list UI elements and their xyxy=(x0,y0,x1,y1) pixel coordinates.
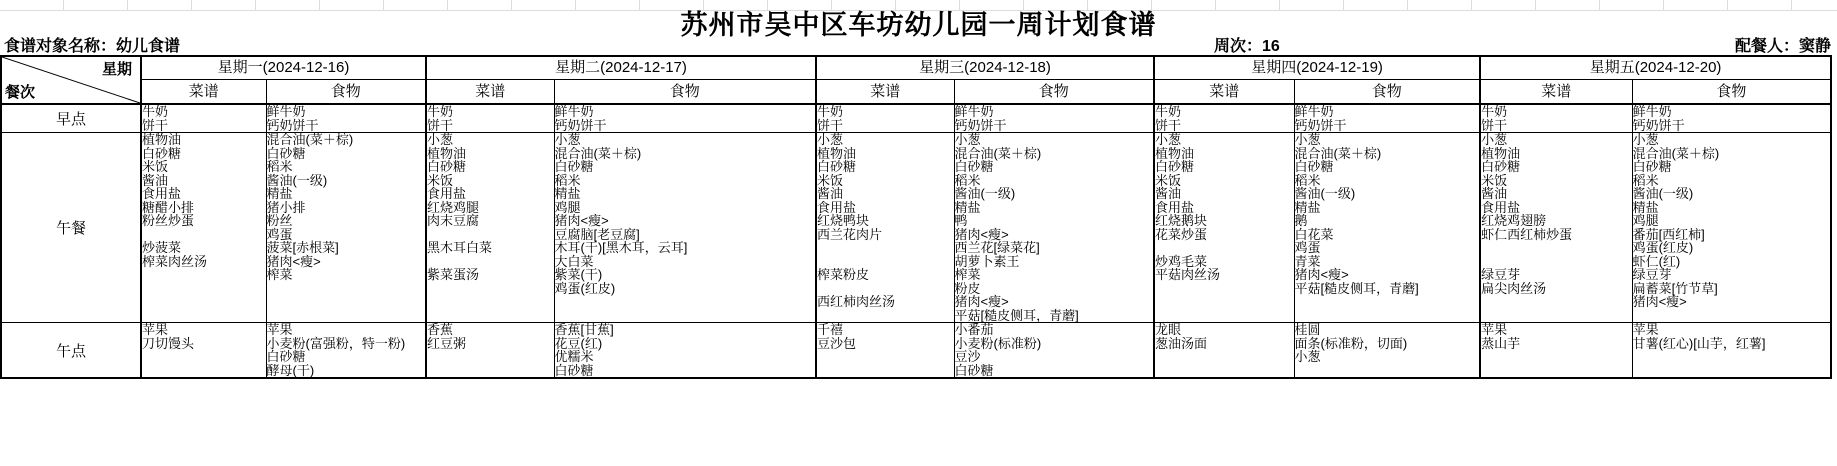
food-line: 香蕉[甘蕉] xyxy=(555,323,816,337)
food-line: 精盐 xyxy=(267,187,426,201)
menu-line: 扁尖肉丝汤 xyxy=(1481,282,1632,296)
food-column-header: 食物 xyxy=(954,80,1154,105)
food-line: 鸡蛋(红皮) xyxy=(1633,241,1831,255)
menu-line: 白砂糖 xyxy=(1155,160,1294,174)
menu-column-header: 菜谱 xyxy=(426,80,554,105)
food-line: 桂圆 xyxy=(1295,323,1480,337)
menu-line xyxy=(817,282,954,296)
food-line: 甘薯(红心)[山芋，红薯] xyxy=(1633,337,1831,351)
menu-line: 牛奶 xyxy=(1481,105,1632,119)
food-line: 小葱 xyxy=(1633,133,1831,147)
menu-line xyxy=(1481,241,1632,255)
food-column-header: 食物 xyxy=(266,80,426,105)
meal-row-label: 午餐 xyxy=(1,133,141,323)
food-line: 扁蓄菜[竹节草] xyxy=(1633,282,1831,296)
food-line: 大白菜 xyxy=(555,255,816,269)
food-line: 猪肉<瘦> xyxy=(1633,295,1831,309)
menu-line: 红烧鸭块 xyxy=(817,214,954,228)
menu-line: 粉丝炒蛋 xyxy=(142,214,266,228)
food-cell-day-3: 小葱混合油(菜＋棕)白砂糖稻米酱油(一级)精盐鸭猪肉<瘦>西兰花[绿菜花]胡萝卜… xyxy=(954,133,1154,323)
subheader-row: 菜谱食物菜谱食物菜谱食物菜谱食物菜谱食物 xyxy=(1,80,1831,105)
menu-line: 红烧鹅块 xyxy=(1155,214,1294,228)
menu-column-header: 菜谱 xyxy=(141,80,266,105)
food-line: 白砂糖 xyxy=(1295,160,1480,174)
food-line: 钙奶饼干 xyxy=(555,119,816,133)
food-line: 精盐 xyxy=(555,187,816,201)
corner-meal-label: 餐次 xyxy=(5,81,35,102)
menu-line xyxy=(142,228,266,242)
food-line: 小葱 xyxy=(555,133,816,147)
food-cell-day-3: 小番茄小麦粉(标准粉)豆沙白砂糖 xyxy=(954,323,1154,379)
food-line: 白砂糖 xyxy=(955,160,1154,174)
food-cell-day-2: 小葱混合油(菜＋棕)白砂糖稻米精盐鸡腿猪肉<瘦>豆腐脑[老豆腐]木耳(干)[黑木… xyxy=(554,133,816,323)
day-header-1: 星期一(2024-12-16) xyxy=(141,56,426,80)
food-line: 番茄[西红柿] xyxy=(1633,228,1831,242)
menu-line: 榨菜粉皮 xyxy=(817,268,954,282)
food-line: 苹果 xyxy=(1633,323,1831,337)
food-line: 稻米 xyxy=(1295,174,1480,188)
menu-line xyxy=(427,228,554,242)
food-line: 钙奶饼干 xyxy=(1633,119,1831,133)
day-header-2: 星期二(2024-12-17) xyxy=(426,56,816,80)
food-line: 酱油(一级) xyxy=(1633,187,1831,201)
meal-row-label: 午点 xyxy=(1,323,141,379)
menu-line: 食用盐 xyxy=(817,201,954,215)
food-line: 鸡腿 xyxy=(555,201,816,215)
food-line: 绿豆芽 xyxy=(1633,268,1831,282)
menu-line: 食用盐 xyxy=(142,187,266,201)
menu-column-header: 菜谱 xyxy=(816,80,954,105)
food-line: 白砂糖 xyxy=(267,350,426,364)
food-line: 酱油(一级) xyxy=(267,174,426,188)
food-line: 豆沙 xyxy=(955,350,1154,364)
menu-line: 西兰花肉片 xyxy=(817,228,954,242)
menu-line: 植物油 xyxy=(1481,147,1632,161)
food-cell-day-1: 苹果小麦粉(富强粉，特一粉)白砂糖酵母(干) xyxy=(266,323,426,379)
menu-line: 牛奶 xyxy=(1155,105,1294,119)
food-line: 紫菜(干) xyxy=(555,268,816,282)
food-cell-day-4: 小葱混合油(菜＋棕)白砂糖稻米酱油(一级)精盐鹅白花菜鸡蛋青菜猪肉<瘦>平菇[糙… xyxy=(1294,133,1480,323)
food-line: 钙奶饼干 xyxy=(1295,119,1480,133)
food-line: 鲜牛奶 xyxy=(555,105,816,119)
menu-line xyxy=(1155,241,1294,255)
menu-cell-day-3: 牛奶饼干 xyxy=(816,104,954,133)
food-line: 酱油(一级) xyxy=(1295,187,1480,201)
food-line: 猪肉<瘦> xyxy=(1295,268,1480,282)
food-line: 木耳(干)[黑木耳，云耳] xyxy=(555,241,816,255)
food-line: 混合油(菜＋棕) xyxy=(267,133,426,147)
menu-line: 炒鸡毛菜 xyxy=(1155,255,1294,269)
menu-line: 酱油 xyxy=(817,187,954,201)
food-line: 白砂糖 xyxy=(267,147,426,161)
food-line: 白砂糖 xyxy=(955,364,1154,378)
menu-column-header: 菜谱 xyxy=(1480,80,1632,105)
menu-line: 榨菜肉丝汤 xyxy=(142,255,266,269)
menu-line: 小葱 xyxy=(1155,133,1294,147)
food-line: 菠菜[赤根菜] xyxy=(267,241,426,255)
menu-cell-day-4: 小葱植物油白砂糖米饭酱油食用盐红烧鹅块花菜炒蛋炒鸡毛菜平菇肉丝汤 xyxy=(1154,133,1294,323)
meal-plan-table: 星期 餐次 星期一(2024-12-16)星期二(2024-12-17)星期三(… xyxy=(0,55,1832,379)
food-line: 鹅 xyxy=(1295,214,1480,228)
menu-line: 白砂糖 xyxy=(142,147,266,161)
meal-row-afternoon-snack: 午点苹果刀切馒头苹果小麦粉(富强粉，特一粉)白砂糖酵母(干)香蕉红豆粥香蕉[甘蕉… xyxy=(1,323,1831,379)
day-header-3: 星期三(2024-12-18) xyxy=(816,56,1154,80)
week-number-label: 周次：16 xyxy=(1214,33,1280,56)
food-line: 白砂糖 xyxy=(555,364,816,378)
menu-line: 牛奶 xyxy=(142,105,266,119)
menu-line: 食用盐 xyxy=(427,187,554,201)
menu-line: 饼干 xyxy=(1481,119,1632,133)
menu-line: 米饭 xyxy=(1155,174,1294,188)
food-line: 优糯米 xyxy=(555,350,816,364)
menu-line: 绿豆芽 xyxy=(1481,268,1632,282)
menu-line: 白砂糖 xyxy=(1481,160,1632,174)
menu-line: 饼干 xyxy=(1155,119,1294,133)
food-line: 青菜 xyxy=(1295,255,1480,269)
food-line: 鲜牛奶 xyxy=(955,105,1154,119)
menu-line: 炒菠菜 xyxy=(142,241,266,255)
meal-row-label: 早点 xyxy=(1,104,141,133)
menu-line: 豆沙包 xyxy=(817,337,954,351)
food-line: 鲜牛奶 xyxy=(1633,105,1831,119)
menu-line: 白砂糖 xyxy=(427,160,554,174)
food-line: 混合油(菜＋棕) xyxy=(955,147,1154,161)
food-line: 粉丝 xyxy=(267,214,426,228)
menu-cell-day-3: 小葱植物油白砂糖米饭酱油食用盐红烧鸭块西兰花肉片榨菜粉皮西红柿肉丝汤 xyxy=(816,133,954,323)
menu-cell-day-5: 小葱植物油白砂糖米饭酱油食用盐红烧鸡翅膀虾仁西红柿炒蛋绿豆芽扁尖肉丝汤 xyxy=(1480,133,1632,323)
menu-line: 苹果 xyxy=(1481,323,1632,337)
menu-line: 龙眼 xyxy=(1155,323,1294,337)
menu-line: 千禧 xyxy=(817,323,954,337)
food-line: 精盐 xyxy=(1633,201,1831,215)
food-line: 白花菜 xyxy=(1295,228,1480,242)
food-line: 猪肉<瘦> xyxy=(555,214,816,228)
food-line: 精盐 xyxy=(1295,201,1480,215)
menu-line: 黑木耳白菜 xyxy=(427,241,554,255)
food-line: 小麦粉(标准粉) xyxy=(955,337,1154,351)
food-line: 白砂糖 xyxy=(555,160,816,174)
menu-line: 小葱 xyxy=(427,133,554,147)
menu-cell-day-1: 苹果刀切馒头 xyxy=(141,323,266,379)
menu-cell-day-5: 苹果蒸山芋 xyxy=(1480,323,1632,379)
food-line: 小葱 xyxy=(1295,133,1480,147)
food-column-header: 食物 xyxy=(554,80,816,105)
menu-line: 红烧鸡翅膀 xyxy=(1481,214,1632,228)
menu-cell-day-2: 小葱植物油白砂糖米饭食用盐红烧鸡腿肉末豆腐黑木耳白菜紫菜蛋汤 xyxy=(426,133,554,323)
table-body: 早点牛奶饼干鲜牛奶钙奶饼干牛奶饼干鲜牛奶钙奶饼干牛奶饼干鲜牛奶钙奶饼干牛奶饼干鲜… xyxy=(1,104,1831,378)
menu-line xyxy=(817,241,954,255)
food-line: 稻米 xyxy=(267,160,426,174)
meta-row: 食谱对象名称：幼儿食谱 周次：16 配餐人：窦静 xyxy=(4,33,1833,53)
food-line: 混合油(菜＋棕) xyxy=(1295,147,1480,161)
menu-line: 肉末豆腐 xyxy=(427,214,554,228)
food-line: 小葱 xyxy=(955,133,1154,147)
menu-line: 植物油 xyxy=(1155,147,1294,161)
food-cell-day-2: 鲜牛奶钙奶饼干 xyxy=(554,104,816,133)
food-cell-day-5: 鲜牛奶钙奶饼干 xyxy=(1632,104,1831,133)
food-line: 榨菜 xyxy=(955,268,1154,282)
food-line: 猪小排 xyxy=(267,201,426,215)
menu-line xyxy=(427,255,554,269)
menu-line: 蒸山芋 xyxy=(1481,337,1632,351)
food-line: 平菇[糙皮侧耳，青蘑] xyxy=(955,309,1154,323)
menu-line: 糖醋小排 xyxy=(142,201,266,215)
food-cell-day-2: 香蕉[甘蕉]花豆(红)优糯米白砂糖 xyxy=(554,323,816,379)
food-line: 平菇[糙皮侧耳，青蘑] xyxy=(1295,282,1480,296)
food-line: 稻米 xyxy=(955,174,1154,188)
day-header-4: 星期四(2024-12-19) xyxy=(1154,56,1480,80)
food-line: 猪肉<瘦> xyxy=(955,228,1154,242)
food-cell-day-4: 鲜牛奶钙奶饼干 xyxy=(1294,104,1480,133)
food-cell-day-5: 小葱混合油(菜＋棕)白砂糖稻米酱油(一级)精盐鸡腿番茄[西红柿]鸡蛋(红皮)虾仁… xyxy=(1632,133,1831,323)
food-line: 稻米 xyxy=(555,174,816,188)
food-line: 西兰花[绿菜花] xyxy=(955,241,1154,255)
recipe-target-label: 食谱对象名称：幼儿食谱 xyxy=(4,33,180,56)
menu-line: 植物油 xyxy=(817,147,954,161)
food-line: 猪肉<瘦> xyxy=(955,295,1154,309)
menu-line: 酱油 xyxy=(1481,187,1632,201)
day-header-row: 星期 餐次 星期一(2024-12-16)星期二(2024-12-17)星期三(… xyxy=(1,56,1831,80)
food-line: 鸡蛋 xyxy=(267,228,426,242)
corner-weekday-label: 星期 xyxy=(102,58,132,79)
menu-line: 葱油汤面 xyxy=(1155,337,1294,351)
menu-line: 西红柿肉丝汤 xyxy=(817,295,954,309)
food-line: 鲜牛奶 xyxy=(1295,105,1480,119)
menu-line: 小葱 xyxy=(817,133,954,147)
food-cell-day-1: 鲜牛奶钙奶饼干 xyxy=(266,104,426,133)
menu-line: 刀切馒头 xyxy=(142,337,266,351)
food-line: 榨菜 xyxy=(267,268,426,282)
menu-cell-day-2: 香蕉红豆粥 xyxy=(426,323,554,379)
menu-line: 牛奶 xyxy=(817,105,954,119)
menu-cell-day-1: 牛奶饼干 xyxy=(141,104,266,133)
food-cell-day-5: 苹果甘薯(红心)[山芋，红薯] xyxy=(1632,323,1831,379)
menu-line: 饼干 xyxy=(427,119,554,133)
menu-line: 食用盐 xyxy=(1481,201,1632,215)
food-cell-day-4: 桂圆面条(标准粉，切面)小葱 xyxy=(1294,323,1480,379)
menu-line: 红烧鸡腿 xyxy=(427,201,554,215)
food-line: 鸭 xyxy=(955,214,1154,228)
menu-cell-day-1: 植物油白砂糖米饭酱油食用盐糖醋小排粉丝炒蛋炒菠菜榨菜肉丝汤 xyxy=(141,133,266,323)
menu-line: 饼干 xyxy=(142,119,266,133)
food-column-header: 食物 xyxy=(1632,80,1831,105)
food-line: 鲜牛奶 xyxy=(267,105,426,119)
menu-line: 紫菜蛋汤 xyxy=(427,268,554,282)
menu-cell-day-3: 千禧豆沙包 xyxy=(816,323,954,379)
menu-line: 红豆粥 xyxy=(427,337,554,351)
food-line: 酱油(一级) xyxy=(955,187,1154,201)
menu-line: 米饭 xyxy=(817,174,954,188)
food-line: 虾仁(红) xyxy=(1633,255,1831,269)
food-line: 面条(标准粉，切面) xyxy=(1295,337,1480,351)
food-line: 白砂糖 xyxy=(1633,160,1831,174)
corner-header-cell: 星期 餐次 xyxy=(1,56,141,104)
menu-line: 花菜炒蛋 xyxy=(1155,228,1294,242)
menu-line: 白砂糖 xyxy=(817,160,954,174)
menu-line xyxy=(1481,255,1632,269)
food-cell-day-3: 鲜牛奶钙奶饼干 xyxy=(954,104,1154,133)
food-line: 苹果 xyxy=(267,323,426,337)
food-line: 胡萝卜素王 xyxy=(955,255,1154,269)
menu-line: 虾仁西红柿炒蛋 xyxy=(1481,228,1632,242)
food-cell-day-1: 混合油(菜＋棕)白砂糖稻米酱油(一级)精盐猪小排粉丝鸡蛋菠菜[赤根菜]猪肉<瘦>… xyxy=(266,133,426,323)
menu-line: 酱油 xyxy=(142,174,266,188)
menu-line: 植物油 xyxy=(427,147,554,161)
menu-line: 香蕉 xyxy=(427,323,554,337)
food-line: 精盐 xyxy=(955,201,1154,215)
menu-line: 苹果 xyxy=(142,323,266,337)
menu-cell-day-4: 牛奶饼干 xyxy=(1154,104,1294,133)
food-line: 猪肉<瘦> xyxy=(267,255,426,269)
menu-line: 植物油 xyxy=(142,133,266,147)
food-line: 酵母(干) xyxy=(267,364,426,378)
preparer-label: 配餐人：窦静 xyxy=(1735,33,1831,56)
menu-line: 米饭 xyxy=(142,160,266,174)
menu-line: 小葱 xyxy=(1481,133,1632,147)
food-line: 豆腐脑[老豆腐] xyxy=(555,228,816,242)
food-line: 鸡蛋(红皮) xyxy=(555,282,816,296)
menu-line: 牛奶 xyxy=(427,105,554,119)
menu-line: 平菇肉丝汤 xyxy=(1155,268,1294,282)
menu-cell-day-4: 龙眼葱油汤面 xyxy=(1154,323,1294,379)
menu-line xyxy=(817,255,954,269)
menu-cell-day-5: 牛奶饼干 xyxy=(1480,104,1632,133)
meal-row-lunch: 午餐植物油白砂糖米饭酱油食用盐糖醋小排粉丝炒蛋炒菠菜榨菜肉丝汤混合油(菜＋棕)白… xyxy=(1,133,1831,323)
page: 苏州市吴中区车坊幼儿园一周计划食谱 食谱对象名称：幼儿食谱 周次：16 配餐人：… xyxy=(0,0,1837,466)
menu-line: 食用盐 xyxy=(1155,201,1294,215)
food-line: 花豆(红) xyxy=(555,337,816,351)
menu-line: 米饭 xyxy=(1481,174,1632,188)
day-header-5: 星期五(2024-12-20) xyxy=(1480,56,1831,80)
food-line: 稻米 xyxy=(1633,174,1831,188)
menu-line: 酱油 xyxy=(1155,187,1294,201)
food-line: 钙奶饼干 xyxy=(955,119,1154,133)
meal-row-morning-snack: 早点牛奶饼干鲜牛奶钙奶饼干牛奶饼干鲜牛奶钙奶饼干牛奶饼干鲜牛奶钙奶饼干牛奶饼干鲜… xyxy=(1,104,1831,133)
food-line: 钙奶饼干 xyxy=(267,119,426,133)
menu-column-header: 菜谱 xyxy=(1154,80,1294,105)
menu-line: 饼干 xyxy=(817,119,954,133)
menu-cell-day-2: 牛奶饼干 xyxy=(426,104,554,133)
food-column-header: 食物 xyxy=(1294,80,1480,105)
menu-line: 米饭 xyxy=(427,174,554,188)
food-line: 混合油(菜＋棕) xyxy=(1633,147,1831,161)
food-line: 鸡蛋 xyxy=(1295,241,1480,255)
food-line: 混合油(菜＋棕) xyxy=(555,147,816,161)
food-line: 粉皮 xyxy=(955,282,1154,296)
food-line: 小麦粉(富强粉，特一粉) xyxy=(267,337,426,351)
food-line: 小葱 xyxy=(1295,350,1480,364)
food-line: 小番茄 xyxy=(955,323,1154,337)
food-line: 鸡腿 xyxy=(1633,214,1831,228)
